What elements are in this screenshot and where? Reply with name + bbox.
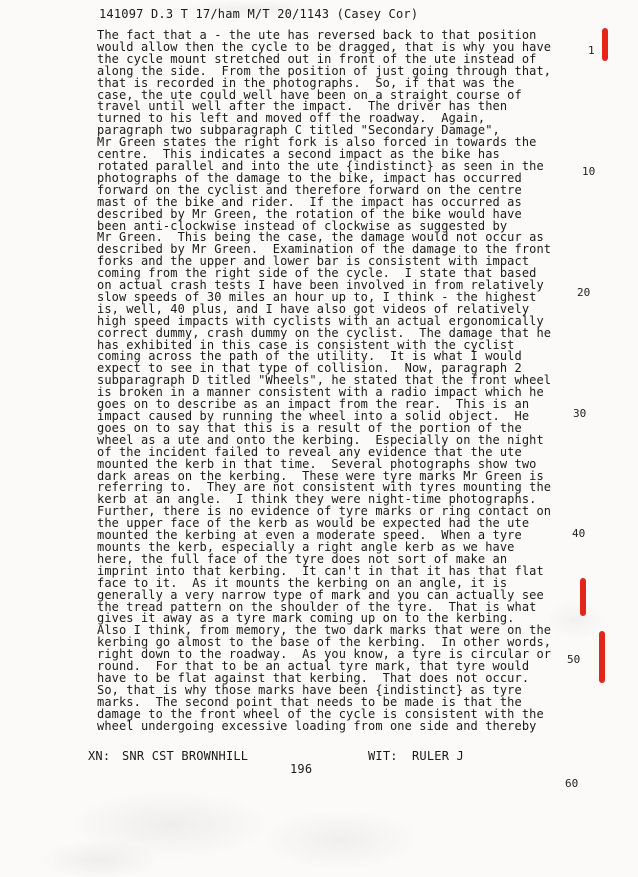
witness-name: RULER J — [412, 750, 464, 763]
transcript-body-text: The fact that a - the ute has reversed b… — [97, 30, 551, 732]
scan-smudge — [40, 840, 160, 877]
red-pen-mark — [602, 28, 608, 61]
line-number: 50 — [567, 654, 580, 665]
red-pen-mark — [580, 578, 586, 616]
transcript-page: 141097 D.3 T 17/ham M/T 20/1143 (Casey C… — [0, 0, 638, 877]
line-number: 1 — [588, 45, 595, 56]
line-number: 60 — [565, 778, 578, 789]
scan-smudge — [260, 810, 420, 870]
page-number: 196 — [290, 763, 312, 776]
line-number: 30 — [573, 408, 586, 419]
examiner-name: SNR CST BROWNHILL — [122, 750, 248, 763]
scan-smudge — [70, 790, 270, 860]
scan-smudge — [545, 600, 605, 640]
line-number: 10 — [582, 166, 595, 177]
witness-label: WIT: — [368, 750, 398, 763]
examiner-label: XN: — [88, 750, 110, 763]
line-number: 40 — [572, 528, 585, 539]
line-number: 20 — [577, 287, 590, 298]
transcript-header: 141097 D.3 T 17/ham M/T 20/1143 (Casey C… — [99, 7, 418, 21]
red-pen-mark — [599, 631, 605, 683]
